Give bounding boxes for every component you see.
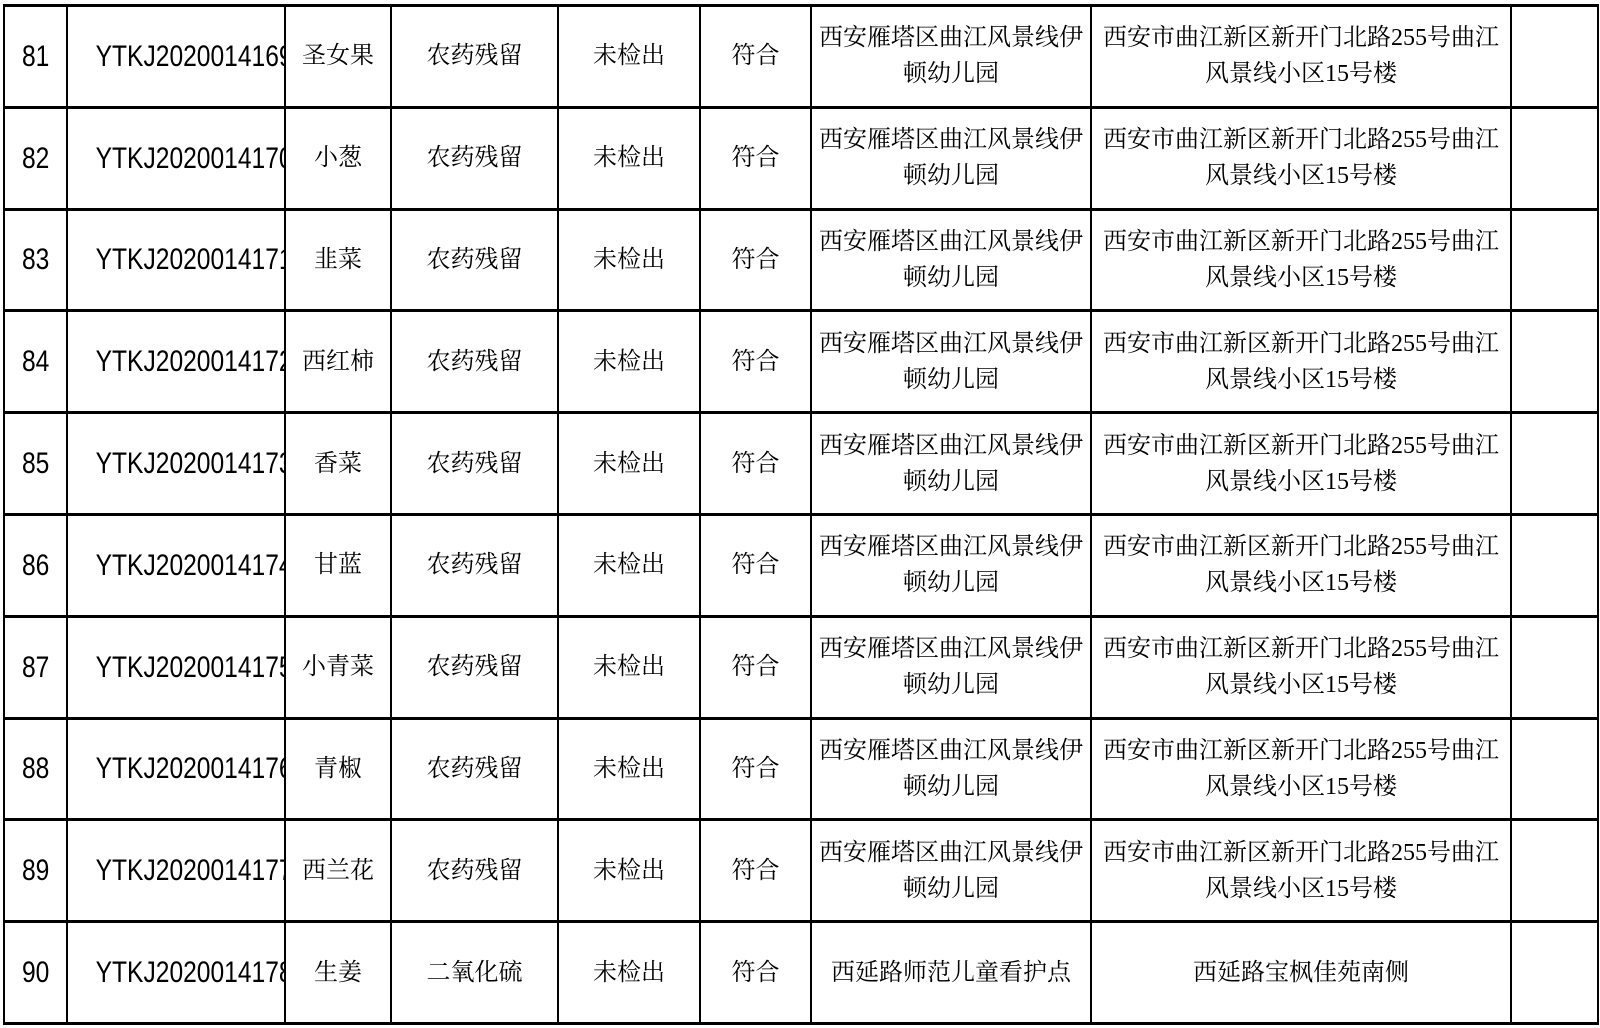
cell-test-result: 未检出 (558, 922, 700, 1024)
cell-row-number: 81 (4, 6, 67, 108)
row-number-text: 87 (22, 645, 49, 690)
cell-sampled-unit: 西安雁塔区曲江风景线伊顿幼儿园 (811, 514, 1091, 616)
cell-conclusion: 符合 (700, 922, 811, 1024)
cell-conclusion: 符合 (700, 209, 811, 311)
cell-sampled-address: 西安市曲江新区新开门北路255号曲江风景线小区15号楼 (1091, 6, 1511, 108)
cell-sampled-unit: 西安雁塔区曲江风景线伊顿幼儿园 (811, 820, 1091, 922)
row-number-text: 82 (22, 136, 49, 181)
cell-sampled-address: 西安市曲江新区新开门北路255号曲江风景线小区15号楼 (1091, 514, 1511, 616)
cell-sampled-address: 西安市曲江新区新开门北路255号曲江风景线小区15号楼 (1091, 107, 1511, 209)
cell-sampled-unit: 西安雁塔区曲江风景线伊顿幼儿园 (811, 413, 1091, 515)
inspection-table: 81 YTKJ2020014169 圣女果 农药残留 未检出 符合 西安雁塔区曲… (3, 4, 1599, 1025)
table-row: 83 YTKJ2020014171 韭菜 农药残留 未检出 符合 西安雁塔区曲江… (4, 209, 1598, 311)
cell-sampled-unit: 西安雁塔区曲江风景线伊顿幼儿园 (811, 616, 1091, 718)
cell-test-result: 未检出 (558, 107, 700, 209)
cell-test-result: 未检出 (558, 413, 700, 515)
sample-code-text: YTKJ2020014170 (96, 136, 285, 181)
cell-row-number: 87 (4, 616, 67, 718)
cell-remark (1511, 413, 1598, 515)
cell-test-result: 未检出 (558, 311, 700, 413)
cell-sample-name: 韭菜 (285, 209, 391, 311)
sample-code-text: YTKJ2020014175 (96, 645, 285, 690)
cell-row-number: 89 (4, 820, 67, 922)
row-number-text: 85 (22, 441, 49, 486)
cell-row-number: 83 (4, 209, 67, 311)
cell-remark (1511, 718, 1598, 820)
cell-remark (1511, 922, 1598, 1024)
cell-row-number: 82 (4, 107, 67, 209)
row-number-text: 83 (22, 237, 49, 282)
cell-remark (1511, 616, 1598, 718)
cell-test-result: 未检出 (558, 209, 700, 311)
cell-row-number: 85 (4, 413, 67, 515)
sample-code-text: YTKJ2020014173 (96, 441, 285, 486)
cell-sampled-unit: 西延路师范儿童看护点 (811, 922, 1091, 1024)
sample-code-text: YTKJ2020014178 (96, 950, 285, 995)
row-number-text: 84 (22, 339, 49, 384)
cell-sampled-address: 西安市曲江新区新开门北路255号曲江风景线小区15号楼 (1091, 718, 1511, 820)
cell-sample-name: 小青菜 (285, 616, 391, 718)
cell-test-item: 农药残留 (391, 413, 558, 515)
cell-row-number: 90 (4, 922, 67, 1024)
sample-code-text: YTKJ2020014174 (96, 543, 285, 588)
cell-sample-code: YTKJ2020014171 (67, 209, 285, 311)
cell-sample-name: 青椒 (285, 718, 391, 820)
cell-sampled-address: 西安市曲江新区新开门北路255号曲江风景线小区15号楼 (1091, 209, 1511, 311)
cell-sample-name: 甘蓝 (285, 514, 391, 616)
cell-sampled-unit: 西安雁塔区曲江风景线伊顿幼儿园 (811, 107, 1091, 209)
cell-remark (1511, 209, 1598, 311)
cell-test-item: 农药残留 (391, 718, 558, 820)
cell-conclusion: 符合 (700, 718, 811, 820)
table-row: 86 YTKJ2020014174 甘蓝 农药残留 未检出 符合 西安雁塔区曲江… (4, 514, 1598, 616)
cell-row-number: 84 (4, 311, 67, 413)
table-row: 89 YTKJ2020014177 西兰花 农药残留 未检出 符合 西安雁塔区曲… (4, 820, 1598, 922)
cell-test-item: 二氧化硫 (391, 922, 558, 1024)
cell-sampled-unit: 西安雁塔区曲江风景线伊顿幼儿园 (811, 718, 1091, 820)
cell-conclusion: 符合 (700, 616, 811, 718)
cell-sampled-address: 西安市曲江新区新开门北路255号曲江风景线小区15号楼 (1091, 311, 1511, 413)
cell-test-item: 农药残留 (391, 311, 558, 413)
cell-conclusion: 符合 (700, 311, 811, 413)
cell-remark (1511, 514, 1598, 616)
cell-row-number: 88 (4, 718, 67, 820)
cell-test-item: 农药残留 (391, 616, 558, 718)
row-number-text: 89 (22, 848, 49, 893)
cell-test-result: 未检出 (558, 820, 700, 922)
cell-sample-code: YTKJ2020014176 (67, 718, 285, 820)
cell-sample-name: 西兰花 (285, 820, 391, 922)
table-body: 81 YTKJ2020014169 圣女果 农药残留 未检出 符合 西安雁塔区曲… (4, 6, 1598, 1024)
cell-sampled-address: 西安市曲江新区新开门北路255号曲江风景线小区15号楼 (1091, 413, 1511, 515)
table-row: 81 YTKJ2020014169 圣女果 农药残留 未检出 符合 西安雁塔区曲… (4, 6, 1598, 108)
cell-test-item: 农药残留 (391, 209, 558, 311)
cell-sampled-address: 西安市曲江新区新开门北路255号曲江风景线小区15号楼 (1091, 820, 1511, 922)
cell-sample-name: 西红柿 (285, 311, 391, 413)
cell-sample-name: 生姜 (285, 922, 391, 1024)
cell-sample-name: 圣女果 (285, 6, 391, 108)
sample-code-text: YTKJ2020014176 (96, 746, 285, 791)
cell-row-number: 86 (4, 514, 67, 616)
sample-code-text: YTKJ2020014177 (96, 848, 285, 893)
cell-remark (1511, 6, 1598, 108)
cell-conclusion: 符合 (700, 6, 811, 108)
cell-test-result: 未检出 (558, 514, 700, 616)
cell-sample-code: YTKJ2020014173 (67, 413, 285, 515)
cell-remark (1511, 311, 1598, 413)
row-number-text: 88 (22, 746, 49, 791)
cell-sample-code: YTKJ2020014178 (67, 922, 285, 1024)
cell-sample-name: 香菜 (285, 413, 391, 515)
cell-sample-code: YTKJ2020014170 (67, 107, 285, 209)
table-row: 87 YTKJ2020014175 小青菜 农药残留 未检出 符合 西安雁塔区曲… (4, 616, 1598, 718)
cell-sample-code: YTKJ2020014174 (67, 514, 285, 616)
document-page: 81 YTKJ2020014169 圣女果 农药残留 未检出 符合 西安雁塔区曲… (0, 0, 1600, 1028)
row-number-text: 90 (22, 950, 49, 995)
cell-sampled-address: 西延路宝枫佳苑南侧 (1091, 922, 1511, 1024)
cell-test-result: 未检出 (558, 718, 700, 820)
cell-conclusion: 符合 (700, 514, 811, 616)
cell-test-item: 农药残留 (391, 820, 558, 922)
cell-test-result: 未检出 (558, 616, 700, 718)
table-row: 88 YTKJ2020014176 青椒 农药残留 未检出 符合 西安雁塔区曲江… (4, 718, 1598, 820)
cell-sample-name: 小葱 (285, 107, 391, 209)
row-number-text: 86 (22, 543, 49, 588)
cell-test-item: 农药残留 (391, 107, 558, 209)
cell-remark (1511, 107, 1598, 209)
cell-sampled-address: 西安市曲江新区新开门北路255号曲江风景线小区15号楼 (1091, 616, 1511, 718)
cell-sampled-unit: 西安雁塔区曲江风景线伊顿幼儿园 (811, 6, 1091, 108)
table-row: 90 YTKJ2020014178 生姜 二氧化硫 未检出 符合 西延路师范儿童… (4, 922, 1598, 1024)
table-row: 82 YTKJ2020014170 小葱 农药残留 未检出 符合 西安雁塔区曲江… (4, 107, 1598, 209)
sample-code-text: YTKJ2020014171 (96, 237, 285, 282)
cell-sampled-unit: 西安雁塔区曲江风景线伊顿幼儿园 (811, 311, 1091, 413)
cell-sample-code: YTKJ2020014172 (67, 311, 285, 413)
cell-conclusion: 符合 (700, 820, 811, 922)
cell-sample-code: YTKJ2020014175 (67, 616, 285, 718)
sample-code-text: YTKJ2020014169 (96, 34, 285, 79)
cell-test-item: 农药残留 (391, 6, 558, 108)
cell-sample-code: YTKJ2020014177 (67, 820, 285, 922)
cell-conclusion: 符合 (700, 413, 811, 515)
cell-conclusion: 符合 (700, 107, 811, 209)
table-row: 84 YTKJ2020014172 西红柿 农药残留 未检出 符合 西安雁塔区曲… (4, 311, 1598, 413)
cell-sampled-unit: 西安雁塔区曲江风景线伊顿幼儿园 (811, 209, 1091, 311)
cell-remark (1511, 820, 1598, 922)
cell-test-item: 农药残留 (391, 514, 558, 616)
sample-code-text: YTKJ2020014172 (96, 339, 285, 384)
table-row: 85 YTKJ2020014173 香菜 农药残留 未检出 符合 西安雁塔区曲江… (4, 413, 1598, 515)
cell-sample-code: YTKJ2020014169 (67, 6, 285, 108)
cell-test-result: 未检出 (558, 6, 700, 108)
row-number-text: 81 (22, 34, 49, 79)
